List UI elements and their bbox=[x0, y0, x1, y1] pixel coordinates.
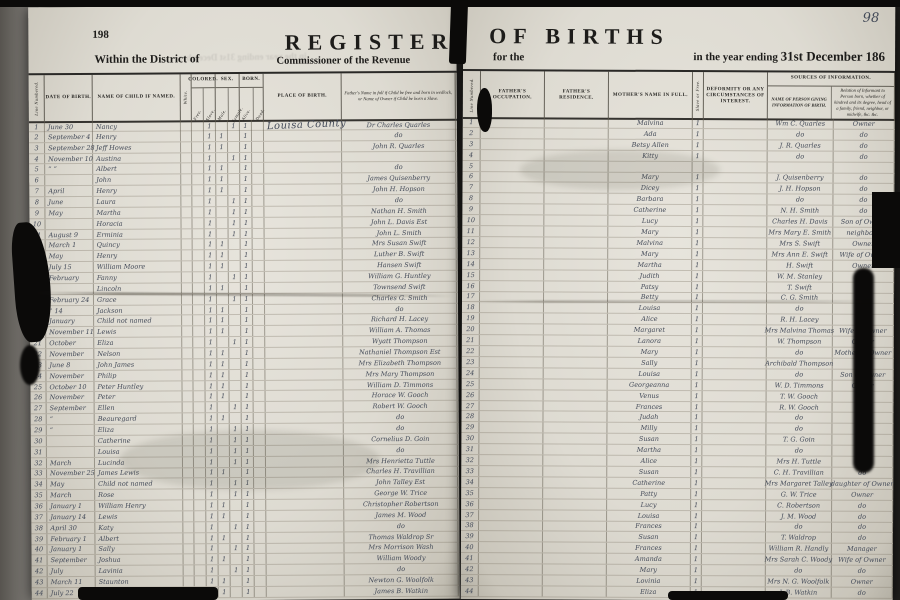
cell-white bbox=[182, 370, 193, 380]
cell-father-or-owner: Cornelius D. Goin bbox=[344, 434, 458, 445]
cell-date-of-birth: ” 14 bbox=[46, 306, 94, 316]
cell-father-or-owner: James Quisenberry bbox=[342, 173, 456, 184]
cell-mothers-name: Martha bbox=[607, 445, 691, 455]
cell-fathers-occupation bbox=[480, 259, 544, 269]
cell-fathers-occupation bbox=[480, 193, 544, 203]
col-white: White. bbox=[183, 90, 189, 104]
right-table-body: 1Malvina1Wm C. QuarlesOwner2Ada1dodo3Bet… bbox=[461, 117, 895, 599]
cell-white bbox=[182, 359, 193, 369]
cell-place-of-birth bbox=[266, 499, 344, 509]
cell-female: 1 bbox=[230, 489, 242, 499]
cell-line-number: 9 bbox=[462, 204, 480, 214]
cell-line-number: 40 bbox=[461, 542, 479, 552]
cell-fathers-occupation bbox=[479, 532, 543, 542]
cell-father-or-owner: Thomas Waldrop Sr bbox=[344, 531, 458, 542]
cell-white bbox=[181, 164, 192, 174]
cell-informant-name: H. Swift bbox=[767, 260, 833, 270]
cell-male: 1 bbox=[219, 587, 231, 597]
cell-line-number: 35 bbox=[461, 488, 479, 498]
cell-child-name: Martha bbox=[93, 207, 181, 217]
cell-father-or-owner: Christopher Robertson bbox=[344, 499, 458, 510]
cell-female bbox=[228, 142, 240, 152]
cell-slave-or-free: 1 bbox=[692, 282, 703, 292]
cell-born-dead bbox=[254, 511, 266, 521]
cell-fathers-residence bbox=[544, 237, 608, 247]
cell-white bbox=[182, 348, 193, 358]
cell-colored-slave: 1 bbox=[205, 326, 217, 336]
cell-colored-free bbox=[193, 261, 205, 271]
cell-born-alive: 1 bbox=[241, 239, 253, 249]
cell-place-of-birth bbox=[267, 554, 345, 564]
cell-fathers-occupation bbox=[480, 215, 544, 225]
scanned-register-spread: 198 REGISTER in the year ending 31st Dec… bbox=[0, 0, 900, 600]
cell-fathers-occupation bbox=[479, 499, 543, 509]
col-sources-group: SOURCES OF INFORMATION. NAME OF PERSON G… bbox=[768, 72, 895, 120]
cell-male: 1 bbox=[219, 554, 231, 564]
cell-line-number: 29 bbox=[31, 425, 47, 435]
cell-male: 1 bbox=[216, 174, 228, 184]
cell-male bbox=[219, 565, 231, 575]
cell-slave-or-free: 1 bbox=[692, 205, 703, 215]
cell-colored-free bbox=[192, 164, 204, 174]
cell-born-dead bbox=[252, 163, 264, 173]
cell-fathers-residence bbox=[544, 303, 608, 313]
cell-date-of-birth: March bbox=[47, 458, 95, 468]
cell-fathers-residence bbox=[544, 270, 608, 280]
cell-deformity bbox=[704, 118, 768, 128]
cell-colored-slave: 1 bbox=[206, 522, 218, 532]
cell-male: 1 bbox=[218, 413, 230, 423]
cell-line-number: 25 bbox=[462, 379, 480, 389]
cell-born-alive: 1 bbox=[242, 522, 254, 532]
cell-mothers-name: Susan bbox=[607, 467, 691, 477]
cell-line-number: 7 bbox=[29, 186, 45, 196]
cell-fathers-residence bbox=[544, 325, 608, 335]
cell-born-dead bbox=[252, 174, 264, 184]
cell-colored-free bbox=[194, 533, 206, 543]
cell-informant-relation: daughter of Owner bbox=[832, 479, 893, 489]
cell-child-name: Eliza bbox=[95, 424, 183, 434]
cell-mothers-name: Martha bbox=[608, 259, 692, 269]
cell-informant-name: do bbox=[766, 413, 832, 423]
cell-father-or-owner: William A. Thomas bbox=[343, 325, 457, 336]
cell-line-number: 42 bbox=[32, 566, 48, 576]
cell-mothers-name: Louisa bbox=[608, 303, 692, 313]
cell-line-number: 6 bbox=[29, 176, 45, 186]
cell-informant-name: do bbox=[767, 347, 833, 357]
cell-mothers-name: Alice bbox=[607, 456, 691, 466]
cell-slave-or-free: 1 bbox=[691, 489, 702, 499]
cell-deformity bbox=[702, 456, 766, 466]
cell-white bbox=[182, 261, 193, 271]
cell-line-number: 44 bbox=[32, 588, 48, 598]
cell-female: 1 bbox=[229, 272, 241, 282]
cell-colored-free bbox=[194, 413, 206, 423]
cell-male: 1 bbox=[217, 359, 229, 369]
cell-deformity bbox=[702, 565, 766, 575]
cell-line-number: 4 bbox=[463, 150, 481, 160]
cell-place-of-birth bbox=[265, 369, 343, 379]
cell-place-of-birth bbox=[265, 304, 343, 314]
cell-line-number: 13 bbox=[462, 248, 480, 258]
cell-mothers-name: Lucy bbox=[607, 499, 691, 509]
cell-mothers-name: Judah bbox=[607, 412, 691, 422]
cell-line-number: 29 bbox=[461, 422, 479, 432]
cell-deformity bbox=[702, 413, 766, 423]
cell-slave-or-free: 1 bbox=[691, 456, 702, 466]
cell-born-alive: 1 bbox=[241, 250, 253, 260]
cell-fathers-occupation bbox=[479, 553, 543, 563]
cell-informant-name: Mrs Ann E. Swift bbox=[767, 249, 833, 259]
cell-fathers-residence bbox=[543, 521, 607, 531]
cell-white bbox=[183, 511, 194, 521]
cell-father-or-owner: William Woody bbox=[345, 553, 459, 564]
cell-mothers-name: Judith bbox=[608, 270, 692, 280]
cell-child-name: Nelson bbox=[94, 348, 182, 358]
cell-informant-name: do bbox=[767, 304, 833, 314]
cell-informant-relation: do bbox=[832, 566, 893, 576]
cell-slave-or-free: 1 bbox=[691, 434, 702, 444]
cell-fathers-occupation bbox=[480, 183, 544, 193]
cell-informant-name: Mrs Sarah C. Woody bbox=[766, 555, 832, 565]
cell-mothers-name: Malvina bbox=[608, 238, 692, 248]
cell-colored-free bbox=[193, 251, 205, 261]
cell-deformity bbox=[702, 423, 766, 433]
cell-born-alive: 1 bbox=[241, 370, 253, 380]
cell-informant-name: Mrs Malvina Thomas bbox=[767, 326, 833, 336]
year-ending-date: 31st December 186 bbox=[781, 48, 886, 63]
cell-colored-slave: 1 bbox=[205, 305, 217, 315]
cell-fathers-occupation bbox=[480, 390, 544, 400]
cell-colored-free bbox=[193, 316, 205, 326]
cell-slave-or-free: 1 bbox=[692, 238, 703, 248]
cell-colored-slave: 1 bbox=[205, 337, 217, 347]
cell-fathers-residence bbox=[545, 128, 609, 138]
cell-place-of-birth bbox=[265, 326, 343, 336]
cell-fathers-occupation bbox=[479, 444, 543, 454]
cell-born-alive: 1 bbox=[240, 142, 252, 152]
col-colored: COLORED. bbox=[192, 74, 215, 88]
col-born-group: BORN. Alive. Dead. bbox=[240, 74, 264, 120]
cell-place-of-birth bbox=[266, 510, 344, 520]
cell-colored-slave: 1 bbox=[205, 240, 217, 250]
cell-child-name: William Moore bbox=[94, 262, 182, 272]
cell-line-number: 22 bbox=[462, 346, 480, 356]
cell-slave-or-free: 1 bbox=[693, 129, 704, 139]
cell-deformity bbox=[703, 205, 767, 215]
cell-female: 1 bbox=[229, 229, 241, 239]
cell-slave-or-free: 1 bbox=[692, 391, 703, 401]
cell-colored-slave: 1 bbox=[205, 381, 217, 391]
cell-child-name: Beauregard bbox=[95, 414, 183, 424]
cell-place-of-birth bbox=[264, 206, 342, 216]
cell-slave-or-free: 1 bbox=[691, 565, 702, 575]
col-date-of-birth: DATE OF BIRTH. bbox=[45, 75, 93, 121]
cell-male: 1 bbox=[217, 250, 229, 260]
cell-female bbox=[229, 315, 241, 325]
cell-white bbox=[181, 218, 192, 228]
cell-born-dead bbox=[252, 218, 264, 228]
cell-date-of-birth: March bbox=[47, 490, 95, 500]
cell-colored-slave: 1 bbox=[207, 576, 219, 586]
cell-male bbox=[217, 337, 229, 347]
cell-female: 1 bbox=[228, 120, 240, 131]
cell-informant-name: J. M. Wood bbox=[766, 511, 832, 521]
cell-colored-slave: 1 bbox=[207, 555, 219, 565]
cell-colored-slave: 1 bbox=[204, 185, 216, 195]
cell-fathers-occupation bbox=[479, 542, 543, 552]
cell-deformity bbox=[703, 260, 767, 270]
cell-place-of-birth bbox=[265, 282, 343, 292]
cell-line-number: 5 bbox=[463, 161, 481, 171]
cell-white bbox=[184, 566, 195, 576]
cell-father-or-owner: do bbox=[342, 162, 456, 173]
cell-born-alive: 1 bbox=[242, 391, 254, 401]
cell-fathers-residence bbox=[543, 499, 607, 509]
col-born: BORN. bbox=[240, 74, 263, 88]
cell-female bbox=[229, 370, 241, 380]
cell-father-or-owner: George W. Trice bbox=[344, 488, 458, 499]
cell-date-of-birth: July bbox=[48, 566, 96, 576]
cell-mothers-name: Betsy Allen bbox=[609, 140, 693, 150]
cell-female: 1 bbox=[228, 207, 240, 217]
cell-born-dead bbox=[255, 576, 267, 586]
cell-born-dead bbox=[253, 272, 265, 282]
cell-father-or-owner: do bbox=[342, 195, 456, 206]
cell-father-or-owner: Luther B. Swift bbox=[343, 249, 457, 260]
cell-born-alive: 1 bbox=[242, 413, 254, 423]
cell-colored-free bbox=[194, 511, 206, 521]
cell-colored-slave: 1 bbox=[205, 250, 217, 260]
cell-born-alive: 1 bbox=[241, 272, 253, 282]
cell-line-number: 2 bbox=[29, 132, 45, 142]
cell-female bbox=[231, 576, 243, 586]
cell-male bbox=[216, 207, 228, 217]
cell-born-alive: 1 bbox=[242, 533, 254, 543]
cell-line-number: 43 bbox=[461, 575, 479, 585]
cell-female bbox=[230, 533, 242, 543]
cell-informant-name: do bbox=[767, 195, 833, 205]
cell-fathers-occupation bbox=[480, 379, 544, 389]
cell-slave-or-free: 1 bbox=[692, 336, 703, 346]
cell-father-or-owner: Mrs Susan Swift bbox=[343, 238, 457, 249]
cell-informant-name: Mrs Mary E. Smith bbox=[767, 227, 833, 237]
cell-date-of-birth: ” ” bbox=[45, 164, 93, 174]
cell-place-of-birth bbox=[266, 413, 344, 423]
cell-born-alive: 1 bbox=[243, 576, 255, 586]
cell-child-name: Peter bbox=[95, 392, 183, 402]
cell-fathers-residence bbox=[544, 194, 608, 204]
cell-mothers-name: Mary bbox=[607, 565, 691, 575]
cell-female: 1 bbox=[228, 218, 240, 228]
cell-line-number: 36 bbox=[461, 499, 479, 509]
cell-fathers-residence bbox=[545, 117, 609, 127]
cell-line-number: 40 bbox=[31, 545, 47, 555]
cell-male: 1 bbox=[216, 142, 228, 152]
cell-colored-free bbox=[192, 207, 204, 217]
cell-male: 1 bbox=[217, 348, 229, 358]
cell-slave-or-free: 1 bbox=[691, 500, 702, 510]
cell-male: 1 bbox=[217, 240, 229, 250]
col-informant-name: NAME OF PERSON GIVING INFORMATION OF BIR… bbox=[768, 96, 831, 110]
cell-informant-name: Wm C. Quarles bbox=[768, 118, 834, 128]
cell-date-of-birth: September bbox=[48, 555, 96, 565]
cell-born-dead bbox=[255, 565, 267, 575]
cell-line-number: 33 bbox=[31, 469, 47, 479]
cell-informant-name: Mrs Margaret Talley bbox=[766, 478, 832, 488]
cell-fathers-occupation bbox=[480, 248, 544, 258]
cell-place-of-birth bbox=[264, 174, 342, 184]
cell-slave-or-free: 1 bbox=[691, 413, 702, 423]
cell-fathers-residence bbox=[543, 412, 607, 422]
cell-fathers-occupation bbox=[479, 510, 543, 520]
cell-child-name: Child not named bbox=[94, 316, 182, 326]
cell-deformity bbox=[703, 184, 767, 194]
cell-father-or-owner: John L. Smith bbox=[343, 227, 457, 238]
cell-colored-free bbox=[193, 283, 205, 293]
cell-born-alive: 1 bbox=[240, 185, 252, 195]
cell-fathers-residence bbox=[543, 423, 607, 433]
cell-female: 1 bbox=[228, 153, 240, 163]
cell-slave-or-free: 1 bbox=[692, 260, 703, 270]
cell-father-or-owner: Nathan H. Smith bbox=[342, 206, 456, 217]
cell-child-name: John James bbox=[94, 359, 182, 369]
cell-white bbox=[183, 414, 194, 424]
cell-informant-name: Mrs S. Swift bbox=[767, 238, 833, 248]
cell-child-name: Katy bbox=[95, 522, 183, 532]
cell-informant-name: Charles H. Davis bbox=[767, 217, 833, 227]
cell-deformity bbox=[703, 369, 767, 379]
cell-male: 1 bbox=[217, 370, 229, 380]
cell-born-alive: 1 bbox=[241, 326, 253, 336]
cell-slave-or-free: 1 bbox=[691, 543, 702, 553]
cell-mothers-name: Mary bbox=[608, 249, 692, 259]
cell-line-number: 9 bbox=[29, 208, 45, 218]
cell-born-dead bbox=[252, 131, 264, 141]
cell-child-name: Austina bbox=[93, 153, 181, 163]
cell-place-of-birth bbox=[264, 217, 342, 227]
cell-born-alive: 1 bbox=[243, 565, 255, 575]
cell-child-name: Nancy bbox=[93, 120, 181, 132]
cell-line-number: 14 bbox=[462, 259, 480, 269]
cell-father-or-owner: William D. Timmons bbox=[343, 379, 457, 390]
cell-colored-slave: 1 bbox=[206, 392, 218, 402]
cell-deformity bbox=[703, 227, 767, 237]
cell-colored-free bbox=[192, 120, 204, 131]
cell-born-alive: 1 bbox=[241, 359, 253, 369]
cell-informant-name: C. H. Travillian bbox=[766, 467, 832, 477]
stain-right bbox=[520, 150, 720, 190]
cell-informant-relation: do bbox=[832, 588, 893, 598]
cell-mothers-name: Ada bbox=[609, 129, 693, 139]
cell-mothers-name: Patty bbox=[607, 489, 691, 499]
cell-colored-slave: 1 bbox=[204, 164, 216, 174]
cell-white bbox=[181, 120, 192, 131]
cell-born-alive: 1 bbox=[242, 500, 254, 510]
cell-deformity bbox=[702, 543, 766, 553]
cell-colored-free bbox=[193, 337, 205, 347]
cell-colored-slave: 1 bbox=[205, 229, 217, 239]
cell-fathers-occupation bbox=[480, 313, 544, 323]
cell-line-number: 41 bbox=[461, 553, 479, 563]
ink-bar-bottom-right bbox=[668, 591, 788, 600]
cell-deformity bbox=[704, 140, 768, 150]
cell-deformity bbox=[703, 271, 767, 281]
cell-born-alive: 1 bbox=[242, 511, 254, 521]
register-title: REGISTER bbox=[285, 29, 455, 56]
cell-white bbox=[183, 403, 194, 413]
cell-female: 1 bbox=[230, 402, 242, 412]
cell-child-name: Horacia bbox=[93, 218, 181, 228]
cell-child-name: Joshua bbox=[96, 555, 184, 565]
cell-informant-name: T. G. Goin bbox=[766, 435, 832, 445]
cell-deformity bbox=[703, 358, 767, 368]
cell-date-of-birth: May bbox=[47, 479, 95, 489]
cell-slave-or-free: 1 bbox=[692, 402, 703, 412]
cell-born-dead bbox=[252, 142, 264, 152]
cell-fathers-residence bbox=[543, 488, 607, 498]
cell-born-alive: 1 bbox=[240, 207, 252, 217]
cell-male bbox=[218, 522, 230, 532]
col-relation-note: Relation of Informant to Person born, wh… bbox=[831, 87, 894, 119]
cell-deformity bbox=[702, 554, 766, 564]
cell-colored-free bbox=[195, 576, 207, 586]
cell-mothers-name: Sally bbox=[608, 358, 692, 368]
cell-colored-slave: 1 bbox=[204, 131, 216, 141]
cell-deformity bbox=[703, 402, 767, 412]
cell-line-number: 33 bbox=[461, 466, 479, 476]
cell-white bbox=[182, 327, 193, 337]
cell-born-dead bbox=[254, 500, 266, 510]
cell-white bbox=[182, 240, 193, 250]
cell-slave-or-free: 1 bbox=[692, 249, 703, 259]
cell-slave-or-free: 1 bbox=[692, 194, 703, 204]
cell-born-dead bbox=[254, 543, 266, 553]
cell-male bbox=[216, 196, 228, 206]
cell-white bbox=[184, 555, 195, 565]
cell-line-number: 43 bbox=[32, 577, 48, 587]
cell-date-of-birth: April 30 bbox=[47, 523, 95, 533]
cell-deformity bbox=[703, 238, 767, 248]
cell-child-name: Albert bbox=[93, 164, 181, 174]
cell-mothers-name: Amanda bbox=[607, 554, 691, 564]
col-place-of-birth: PLACE OF BIRTH. bbox=[264, 73, 342, 119]
cell-fathers-occupation bbox=[481, 139, 545, 149]
cell-born-alive: 1 bbox=[241, 305, 253, 315]
cell-father-or-owner: Newton G. Woolfolk bbox=[345, 575, 459, 586]
cell-born-dead bbox=[253, 304, 265, 314]
cell-mothers-name: Venus bbox=[608, 390, 692, 400]
cell-informant-name: W. M. Stanley bbox=[767, 271, 833, 281]
year-ending-line: in the year ending 31st December 186 bbox=[693, 48, 885, 65]
cell-child-name: Rose bbox=[95, 490, 183, 500]
cell-deformity bbox=[704, 129, 768, 139]
cell-date-of-birth: October 10 bbox=[46, 382, 94, 392]
cell-fathers-residence bbox=[544, 401, 608, 411]
cell-fathers-occupation bbox=[479, 477, 543, 487]
cell-colored-free bbox=[192, 185, 204, 195]
cell-place-of-birth bbox=[266, 543, 344, 553]
cell-white bbox=[181, 131, 192, 141]
cell-deformity bbox=[703, 391, 767, 401]
cell-father-or-owner: do bbox=[343, 303, 457, 314]
cell-deformity bbox=[702, 576, 766, 586]
cell-slave-or-free: 1 bbox=[692, 380, 703, 390]
cell-white bbox=[182, 272, 193, 282]
cell-father-or-owner: Mrs Elizabeth Thompson bbox=[343, 358, 457, 369]
cell-line-number: 39 bbox=[31, 534, 47, 544]
cell-slave-or-free: 1 bbox=[692, 227, 703, 237]
